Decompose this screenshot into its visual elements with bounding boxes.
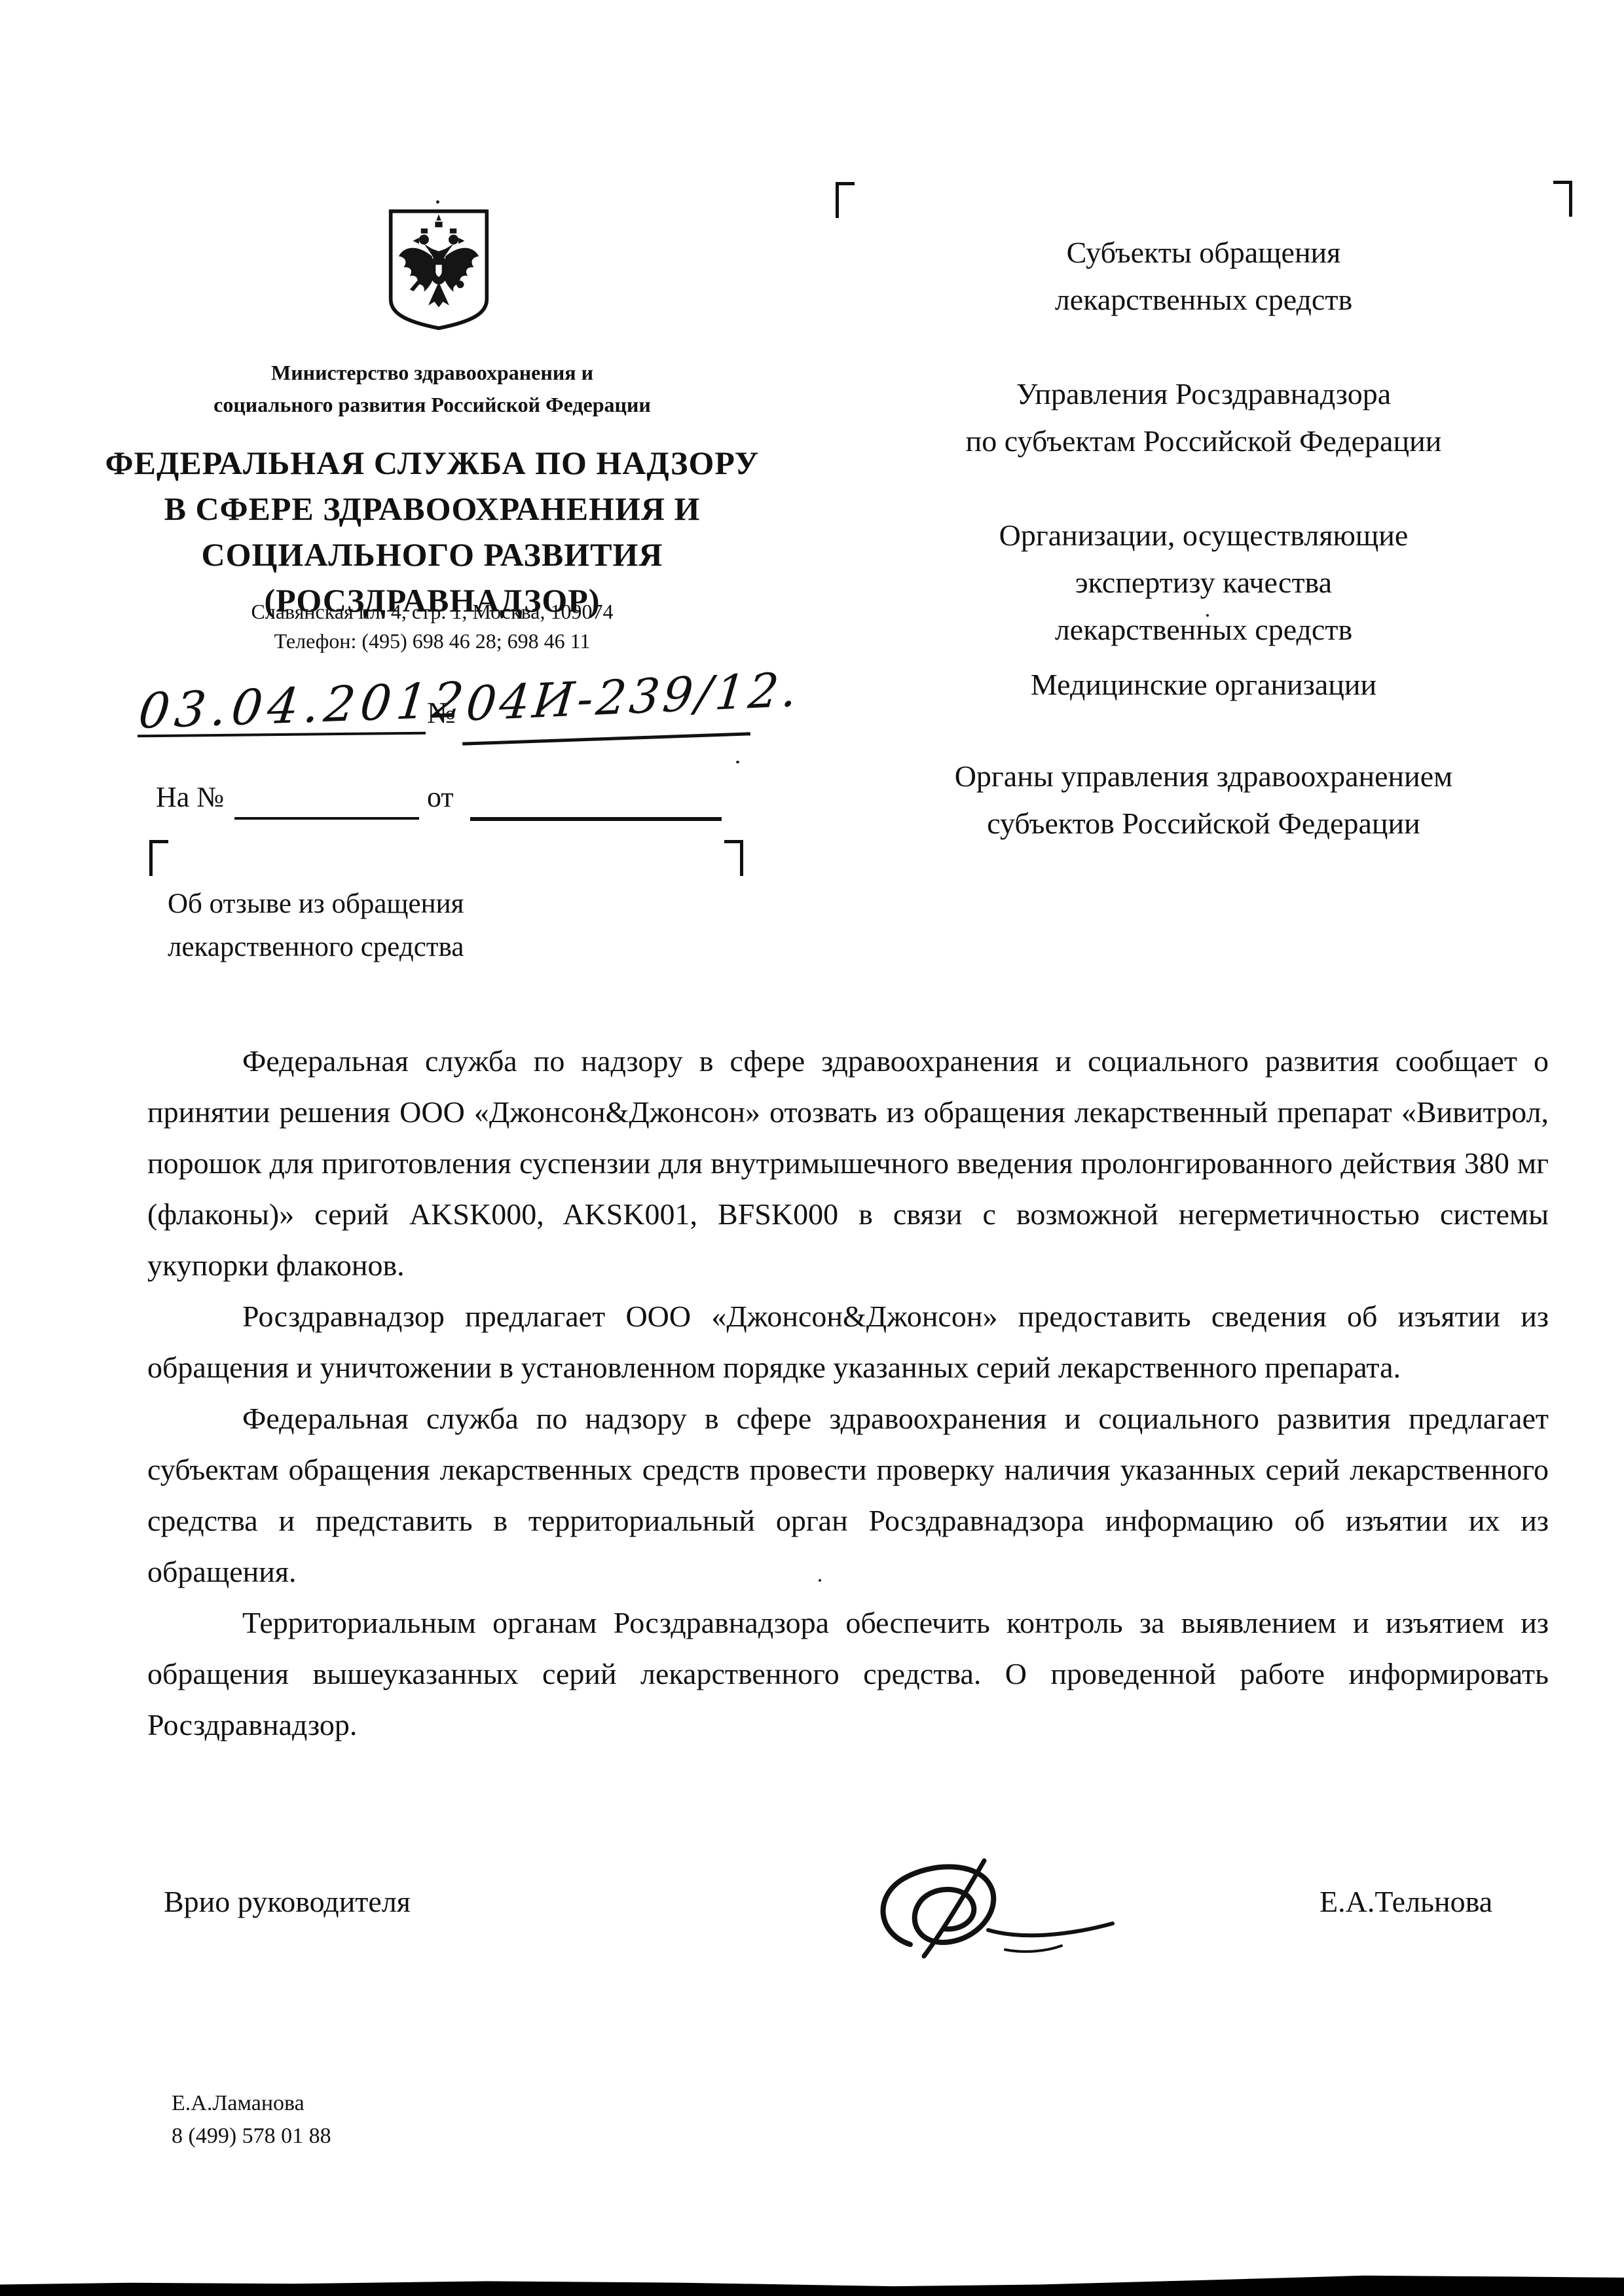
signature-icon	[848, 1854, 1123, 1972]
scanned-letter-page: Министерство здравоохранения и социально…	[0, 0, 1624, 2296]
russian-coat-of-arms-icon	[385, 208, 492, 331]
executor-phone: 8 (499) 578 01 88	[172, 2120, 331, 2153]
ministry-line-1: Министерство здравоохранения и	[92, 357, 773, 389]
letterhead-contacts: Славянская пл. 4, стр. 1, Москва, 109074…	[92, 597, 773, 656]
service-line-3: СОЦИАЛЬНОГО РАЗВИТИЯ	[79, 532, 786, 577]
scan-speck	[1206, 614, 1209, 617]
scan-speck	[736, 761, 739, 763]
recipient-corner-mark-left	[836, 182, 855, 218]
body-paragraph-3: Федеральная служба по надзору в сфере зд…	[147, 1393, 1549, 1597]
subject-corner-mark-left	[149, 840, 168, 876]
executor-name: Е.А.Ламанова	[172, 2087, 331, 2120]
body-paragraph-2: Росздравнадзор предлагает ООО «Джонсон&Д…	[147, 1291, 1549, 1393]
recipient-line: Управления Росздравнадзора	[822, 371, 1585, 418]
subject: Об отзыве из обращения лекарственного ср…	[168, 883, 464, 969]
recipient-line: Организации, осуществляющие	[822, 512, 1585, 559]
recipient-group-4: Медицинские организации	[822, 661, 1585, 708]
signer-name: Е.А.Тельнова	[1319, 1884, 1492, 1919]
scan-speck	[819, 1579, 821, 1582]
executor-block: Е.А.Ламанова 8 (499) 578 01 88	[172, 2087, 331, 2153]
recipient-group-2: Управления Росздравнадзора по субъектам …	[822, 371, 1585, 465]
recipient-group-1: Субъекты обращения лекарственных средств	[822, 229, 1585, 323]
handwritten-date: 03.04.2012	[136, 672, 471, 740]
reply-to-label: На №	[156, 780, 224, 814]
recipient-corner-mark-right	[1553, 181, 1572, 217]
reply-date-blank	[470, 817, 722, 821]
ministry-line-2: социального развития Российской Федераци…	[92, 389, 773, 421]
ministry-name: Министерство здравоохранения и социально…	[92, 357, 773, 421]
recipient-line: Субъекты обращения	[822, 229, 1585, 276]
signer-position: Врио руководителя	[164, 1884, 411, 1919]
recipient-line: по субъектам Российской Федерации	[822, 418, 1585, 465]
letterhead-phone: Телефон: (495) 698 46 28; 698 46 11	[92, 627, 773, 656]
recipient-group-3: Организации, осуществляющие экспертизу к…	[822, 512, 1585, 653]
recipient-line: лекарственных средств	[822, 606, 1585, 653]
letterhead-address: Славянская пл. 4, стр. 1, Москва, 109074	[92, 597, 773, 627]
body-paragraph-4: Территориальным органам Росздравнадзора …	[147, 1597, 1549, 1751]
number-sign: №	[427, 695, 456, 730]
number-underline	[462, 732, 750, 745]
recipient-line: Органы управления здравоохранением	[822, 753, 1585, 800]
recipient-line: Медицинские организации	[822, 661, 1585, 708]
recipient-line: лекарственных средств	[822, 276, 1585, 323]
handwritten-number: 04И-239/12.	[464, 662, 803, 732]
subject-line-2: лекарственного средства	[168, 926, 464, 969]
scan-speck	[436, 200, 439, 204]
recipient-group-5: Органы управления здравоохранением субъе…	[822, 753, 1585, 847]
subject-line-1: Об отзыве из обращения	[168, 883, 464, 926]
subject-corner-mark-right	[724, 840, 743, 876]
scan-artifact-bar	[0, 2270, 1624, 2296]
service-line-1: ФЕДЕРАЛЬНАЯ СЛУЖБА ПО НАДЗОРУ	[79, 440, 786, 486]
recipient-line: экспертизу качества	[822, 559, 1585, 606]
reply-number-blank	[234, 817, 419, 820]
service-name: ФЕДЕРАЛЬНАЯ СЛУЖБА ПО НАДЗОРУ В СФЕРЕ ЗД…	[79, 440, 786, 623]
letter-body: Федеральная служба по надзору в сфере зд…	[147, 1036, 1549, 1751]
service-line-2: В СФЕРЕ ЗДРАВООХРАНЕНИЯ И	[79, 486, 786, 532]
body-paragraph-1: Федеральная служба по надзору в сфере зд…	[147, 1036, 1549, 1291]
recipient-line: субъектов Российской Федерации	[822, 800, 1585, 847]
reply-from-label: от	[427, 780, 454, 814]
